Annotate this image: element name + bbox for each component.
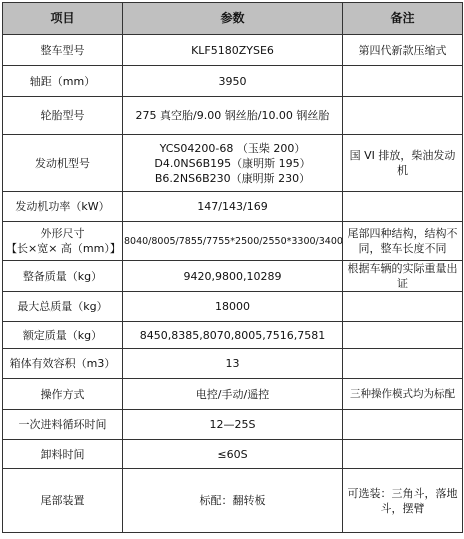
table-row: 整备质量（kg） 9420,9800,10289 根据车辆的实际重量出证	[3, 261, 463, 292]
item-cell: 发动机型号	[3, 135, 123, 192]
param-cell: YCS04200-68 （玉柴 200） D4.0NS6B195（康明斯 195…	[123, 135, 343, 192]
note-cell	[343, 410, 463, 440]
param-cell: KLF5180ZYSE6	[123, 35, 343, 66]
note-cell	[343, 440, 463, 469]
item-cell: 尾部装置	[3, 469, 123, 533]
item-cell: 发动机功率（kW）	[3, 192, 123, 222]
table-row: 卸料时间 ≤60S	[3, 440, 463, 469]
param-cell: 电控/手动/遥控	[123, 379, 343, 410]
note-cell	[343, 66, 463, 97]
table-row: 箱体有效容积（m3） 13	[3, 349, 463, 379]
header-param: 参数	[123, 3, 343, 35]
param-cell: 13	[123, 349, 343, 379]
item-cell: 轮胎型号	[3, 97, 123, 135]
note-cell	[343, 322, 463, 349]
engine-line: YCS04200-68 （玉柴 200）	[126, 141, 339, 156]
item-cell: 轴距（mm）	[3, 66, 123, 97]
header-item: 项目	[3, 3, 123, 35]
item-line: 【长×宽× 高（mm）】	[6, 241, 119, 256]
note-cell: 尾部四种结构，结构不同，整车长度不同	[343, 222, 463, 261]
table-row: 整车型号 KLF5180ZYSE6 第四代新款压缩式	[3, 35, 463, 66]
header-note: 备注	[343, 3, 463, 35]
table-row: 最大总质量（kg） 18000	[3, 292, 463, 322]
item-line: 外形尺寸	[6, 226, 119, 241]
item-cell: 操作方式	[3, 379, 123, 410]
item-cell: 箱体有效容积（m3）	[3, 349, 123, 379]
param-cell: 12—25S	[123, 410, 343, 440]
note-cell: 国 VI 排放，柴油发动机	[343, 135, 463, 192]
table-row: 额定质量（kg） 8450,8385,8070,8005,7516,7581	[3, 322, 463, 349]
note-cell: 可选装：三角斗，落地斗，摆臂	[343, 469, 463, 533]
item-cell: 一次进料循环时间	[3, 410, 123, 440]
note-cell	[343, 349, 463, 379]
param-cell: 9420,9800,10289	[123, 261, 343, 292]
param-cell: 8040/8005/7855/7755*2500/2550*3300/3400	[123, 222, 343, 261]
table-row: 轮胎型号 275 真空胎/9.00 钢丝胎/10.00 钢丝胎	[3, 97, 463, 135]
table-row: 发动机功率（kW） 147/143/169	[3, 192, 463, 222]
note-cell	[343, 97, 463, 135]
note-cell: 三种操作模式均为标配	[343, 379, 463, 410]
item-cell: 额定质量（kg）	[3, 322, 123, 349]
param-cell: 8450,8385,8070,8005,7516,7581	[123, 322, 343, 349]
item-cell: 外形尺寸 【长×宽× 高（mm）】	[3, 222, 123, 261]
table-row: 外形尺寸 【长×宽× 高（mm）】 8040/8005/7855/7755*25…	[3, 222, 463, 261]
param-cell: 标配：翻转板	[123, 469, 343, 533]
table-row: 一次进料循环时间 12—25S	[3, 410, 463, 440]
table-row: 操作方式 电控/手动/遥控 三种操作模式均为标配	[3, 379, 463, 410]
item-cell: 卸料时间	[3, 440, 123, 469]
note-cell: 第四代新款压缩式	[343, 35, 463, 66]
param-cell: 147/143/169	[123, 192, 343, 222]
param-cell: 275 真空胎/9.00 钢丝胎/10.00 钢丝胎	[123, 97, 343, 135]
param-cell: 18000	[123, 292, 343, 322]
spec-table: 项目 参数 备注 整车型号 KLF5180ZYSE6 第四代新款压缩式 轴距（m…	[2, 2, 463, 533]
note-cell	[343, 192, 463, 222]
engine-line: B6.2NS6B230（康明斯 230）	[126, 171, 339, 186]
item-cell: 整备质量（kg）	[3, 261, 123, 292]
note-cell: 根据车辆的实际重量出证	[343, 261, 463, 292]
engine-line: D4.0NS6B195（康明斯 195）	[126, 156, 339, 171]
item-cell: 最大总质量（kg）	[3, 292, 123, 322]
table-row: 发动机型号 YCS04200-68 （玉柴 200） D4.0NS6B195（康…	[3, 135, 463, 192]
param-cell: ≤60S	[123, 440, 343, 469]
table-row: 轴距（mm） 3950	[3, 66, 463, 97]
table-header-row: 项目 参数 备注	[3, 3, 463, 35]
note-cell	[343, 292, 463, 322]
table-row: 尾部装置 标配：翻转板 可选装：三角斗，落地斗，摆臂	[3, 469, 463, 533]
item-cell: 整车型号	[3, 35, 123, 66]
param-cell: 3950	[123, 66, 343, 97]
